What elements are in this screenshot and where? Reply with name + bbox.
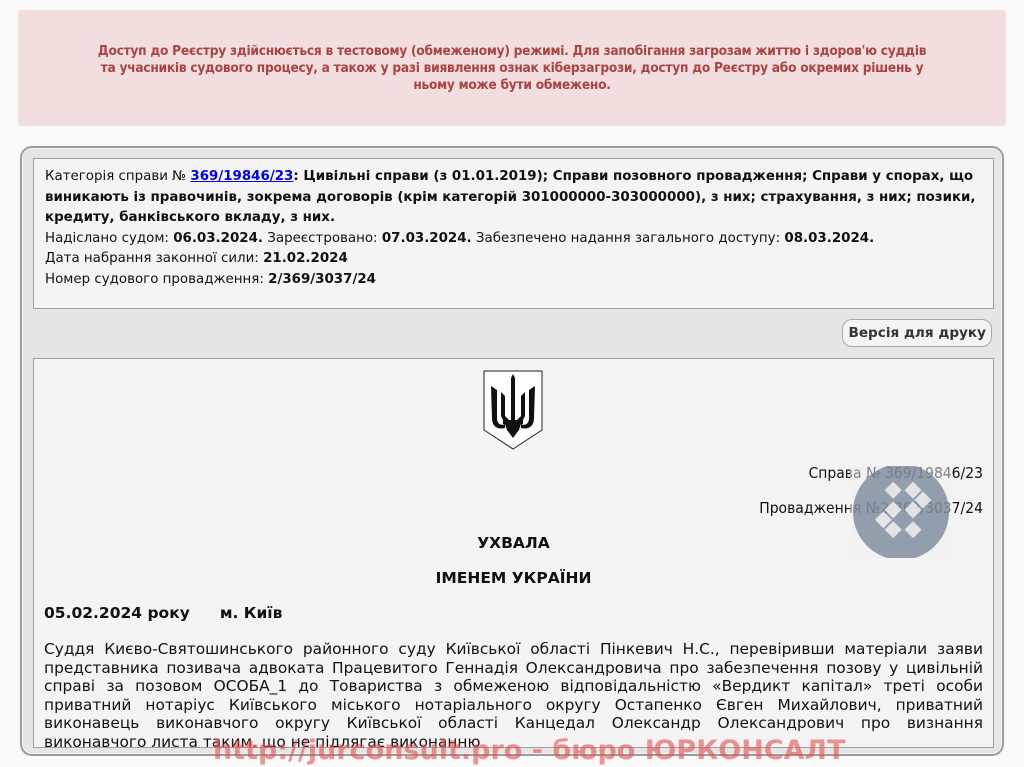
proceeding-number-line: Номер судового провадження: 2/369/3037/2… bbox=[45, 270, 982, 291]
print-version-button[interactable]: Версія для друку bbox=[842, 319, 992, 347]
decision-body: Суддя Києво-Святошинського районного суд… bbox=[44, 640, 983, 748]
case-category: Категорія справи № 369/19846/23: Цивільн… bbox=[45, 167, 982, 229]
effective-date: 21.02.2024 bbox=[263, 251, 348, 266]
access-date: 08.03.2024. bbox=[784, 231, 874, 246]
decision-date: 05.02.2024 року bbox=[44, 604, 190, 622]
effective-date-line: Дата набрання законної сили: 21.02.2024 bbox=[45, 249, 982, 270]
dates-line: Надіслано судом: 06.03.2024. Зареєстрова… bbox=[45, 229, 982, 250]
case-info-panel: Категорія справи № 369/19846/23: Цивільн… bbox=[33, 158, 994, 309]
alert-line: та учасників судового процесу, а також у… bbox=[98, 60, 926, 77]
alert-line: ньому може бути обмежено. bbox=[98, 77, 926, 94]
jurconsult-logo-icon bbox=[850, 466, 952, 558]
date-place-line: 05.02.2024 рокум. Київ bbox=[44, 604, 282, 622]
sent-date: 06.03.2024. bbox=[173, 231, 263, 246]
alert-line: Доступ до Реєстру здійснюється в тестово… bbox=[98, 43, 926, 60]
proceeding-number: 2/369/3037/24 bbox=[268, 272, 376, 287]
test-mode-alert: Доступ до Реєстру здійснюється в тестово… bbox=[18, 10, 1006, 126]
case-number-link[interactable]: 369/19846/23 bbox=[190, 169, 293, 184]
decision-frame: Категорія справи № 369/19846/23: Цивільн… bbox=[20, 146, 1004, 756]
document-subtitle: ІМЕНЕМ УКРАЇНИ bbox=[34, 569, 993, 587]
decision-city: м. Київ bbox=[220, 604, 283, 622]
site-watermark: http://jurconsult.pro - бюро ЮРКОНСАЛТ bbox=[213, 736, 845, 766]
trident-emblem-icon bbox=[483, 370, 543, 450]
registered-date: 07.03.2024. bbox=[382, 231, 472, 246]
